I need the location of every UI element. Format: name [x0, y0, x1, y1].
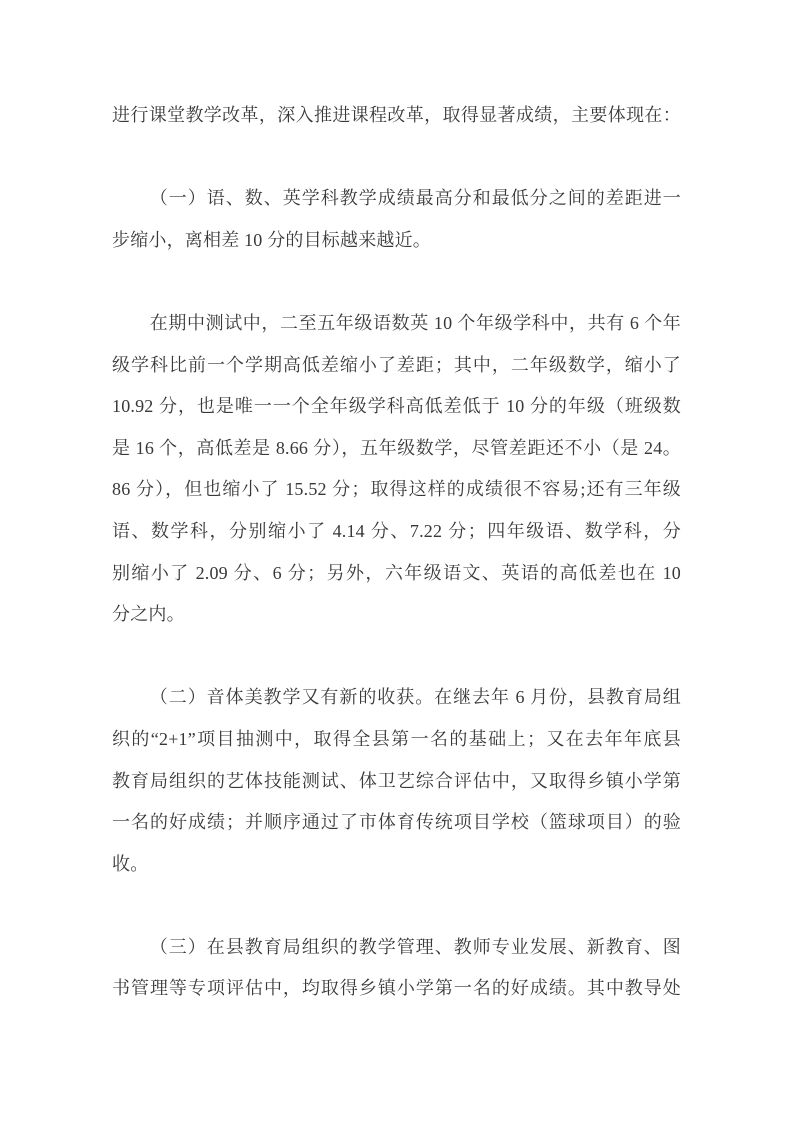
text-line: 语、数学科，分别缩小了 4.14 分、7.22 分；四年级语、数学科，分 [112, 511, 681, 553]
text-line: 教育局组织的艺体技能测试、体卫艺综合评估中，又取得乡镇小学第 [112, 761, 681, 803]
text-line: 书管理等专项评估中，均取得乡镇小学第一名的好成绩。其中教导处 [112, 968, 681, 1010]
text-line: （三）在县教育局组织的教学管理、教师专业发展、新教育、图 [112, 927, 681, 969]
page: 进行课堂教学改革，深入推进课程改革，取得显著成绩，主要体现在：（一）语、数、英学… [0, 0, 793, 1122]
text-line: 10.92 分，也是唯一一个全年级学科高低差低于 10 分的年级（班级数 [112, 386, 681, 428]
document-body: 进行课堂教学改革，深入推进课程改革，取得显著成绩，主要体现在：（一）语、数、英学… [112, 95, 681, 1010]
paragraph: （一）语、数、英学科教学成绩最高分和最低分之间的差距进一步缩小，离相差 10 分… [112, 178, 681, 261]
paragraph: 在期中测试中，二至五年级语数英 10 个年级学科中，共有 6 个年级学科比前一个… [112, 303, 681, 636]
text-line: （一）语、数、英学科教学成绩最高分和最低分之间的差距进一 [112, 178, 681, 220]
text-line: 在期中测试中，二至五年级语数英 10 个年级学科中，共有 6 个年 [112, 303, 681, 345]
text-line: 织的“2+1”项目抽测中，取得全县第一名的基础上；又在去年年底县 [112, 719, 681, 761]
text-line: 进行课堂教学改革，深入推进课程改革，取得显著成绩，主要体现在： [112, 95, 681, 137]
paragraph: 进行课堂教学改革，深入推进课程改革，取得显著成绩，主要体现在： [112, 95, 681, 137]
paragraph: （三）在县教育局组织的教学管理、教师专业发展、新教育、图书管理等专项评估中，均取… [112, 927, 681, 1010]
text-line: 收。 [112, 844, 681, 886]
document-page: { "page": { "background": "#ffffff", "te… [0, 0, 793, 1122]
text-line: 别缩小了 2.09 分、6 分；另外，六年级语文、英语的高低差也在 10 [112, 553, 681, 595]
text-line: 分之内。 [112, 594, 681, 636]
paragraph: （二）音体美教学又有新的收获。在继去年 6 月份，县教育局组织的“2+1”项目抽… [112, 677, 681, 885]
text-line: （二）音体美教学又有新的收获。在继去年 6 月份，县教育局组 [112, 677, 681, 719]
text-line: 一名的好成绩；并顺序通过了市体育传统项目学校（篮球项目）的验 [112, 802, 681, 844]
text-line: 步缩小，离相差 10 分的目标越来越近。 [112, 220, 681, 262]
text-line: 86 分），但也缩小了 15.52 分；取得这样的成绩很不容易;还有三年级 [112, 469, 681, 511]
text-line: 级学科比前一个学期高低差缩小了差距；其中，二年级数学，缩小了 [112, 345, 681, 387]
text-line: 是 16 个，高低差是 8.66 分），五年级数学，尽管差距还不小（是 24。 [112, 428, 681, 470]
